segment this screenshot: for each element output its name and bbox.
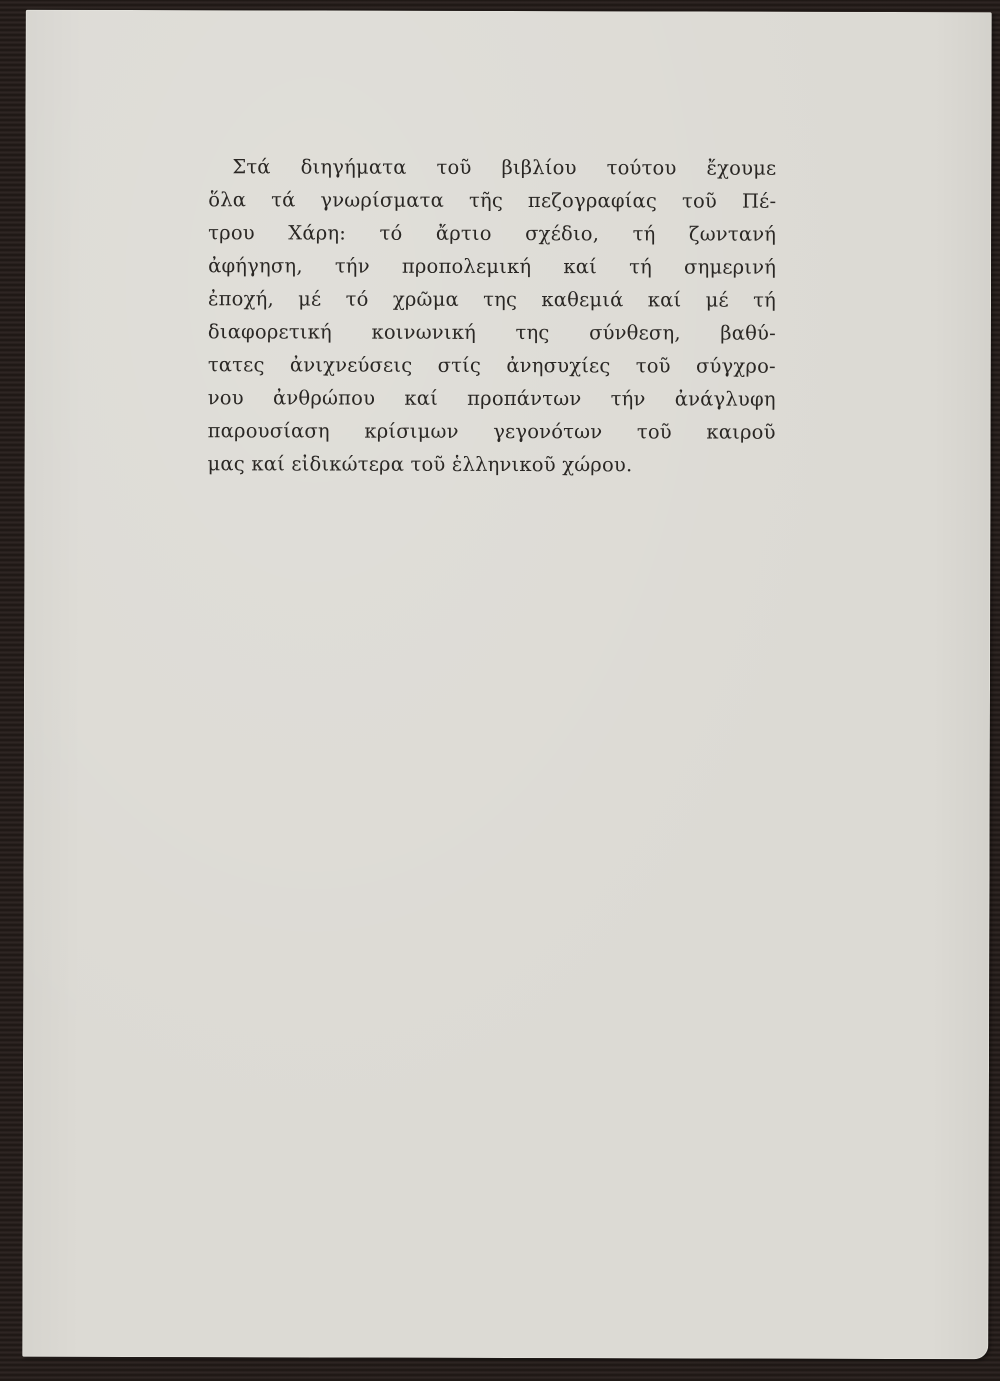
book-back-cover: Στά διηγήματα τοῦ βιβλίου τούτου ἔχουμε … <box>22 10 992 1360</box>
blurb-line: ὅλα τά γνωρίσματα τῆς πεζογραφίας τοῦ Πέ… <box>208 183 776 217</box>
blurb-paragraph: Στά διηγήματα τοῦ βιβλίου τούτου ἔχουμε … <box>208 150 777 481</box>
blurb-line: Στά διηγήματα τοῦ βιβλίου τούτου ἔχουμε <box>208 150 776 184</box>
blurb-line: τατες ἀνιχνεύσεις στίς ἀνησυχίες τοῦ σύγ… <box>208 348 776 382</box>
blurb-line: παρουσίαση κρίσιμων γεγονότων τοῦ καιροῦ <box>208 414 776 448</box>
blurb-line: ἀφήγηση, τήν προπολεμική καί τή σημερινή <box>208 249 776 283</box>
blurb-line: διαφορετική κοινωνική της σύνθεση, βαθύ- <box>208 315 776 349</box>
blurb-line: νου ἀνθρώπου καί προπάντων τήν ἀνάγλυφη <box>208 381 776 415</box>
blurb-line: ἐποχή, μέ τό χρῶμα της καθεμιά καί μέ τή <box>208 282 776 316</box>
blurb-line: μας καί εἰδικώτερα τοῦ ἑλληνικοῦ χώρου. <box>208 447 776 481</box>
blurb-line: τρου Χάρη: τό ἄρτιο σχέδιο, τή ζωντανή <box>208 216 776 250</box>
